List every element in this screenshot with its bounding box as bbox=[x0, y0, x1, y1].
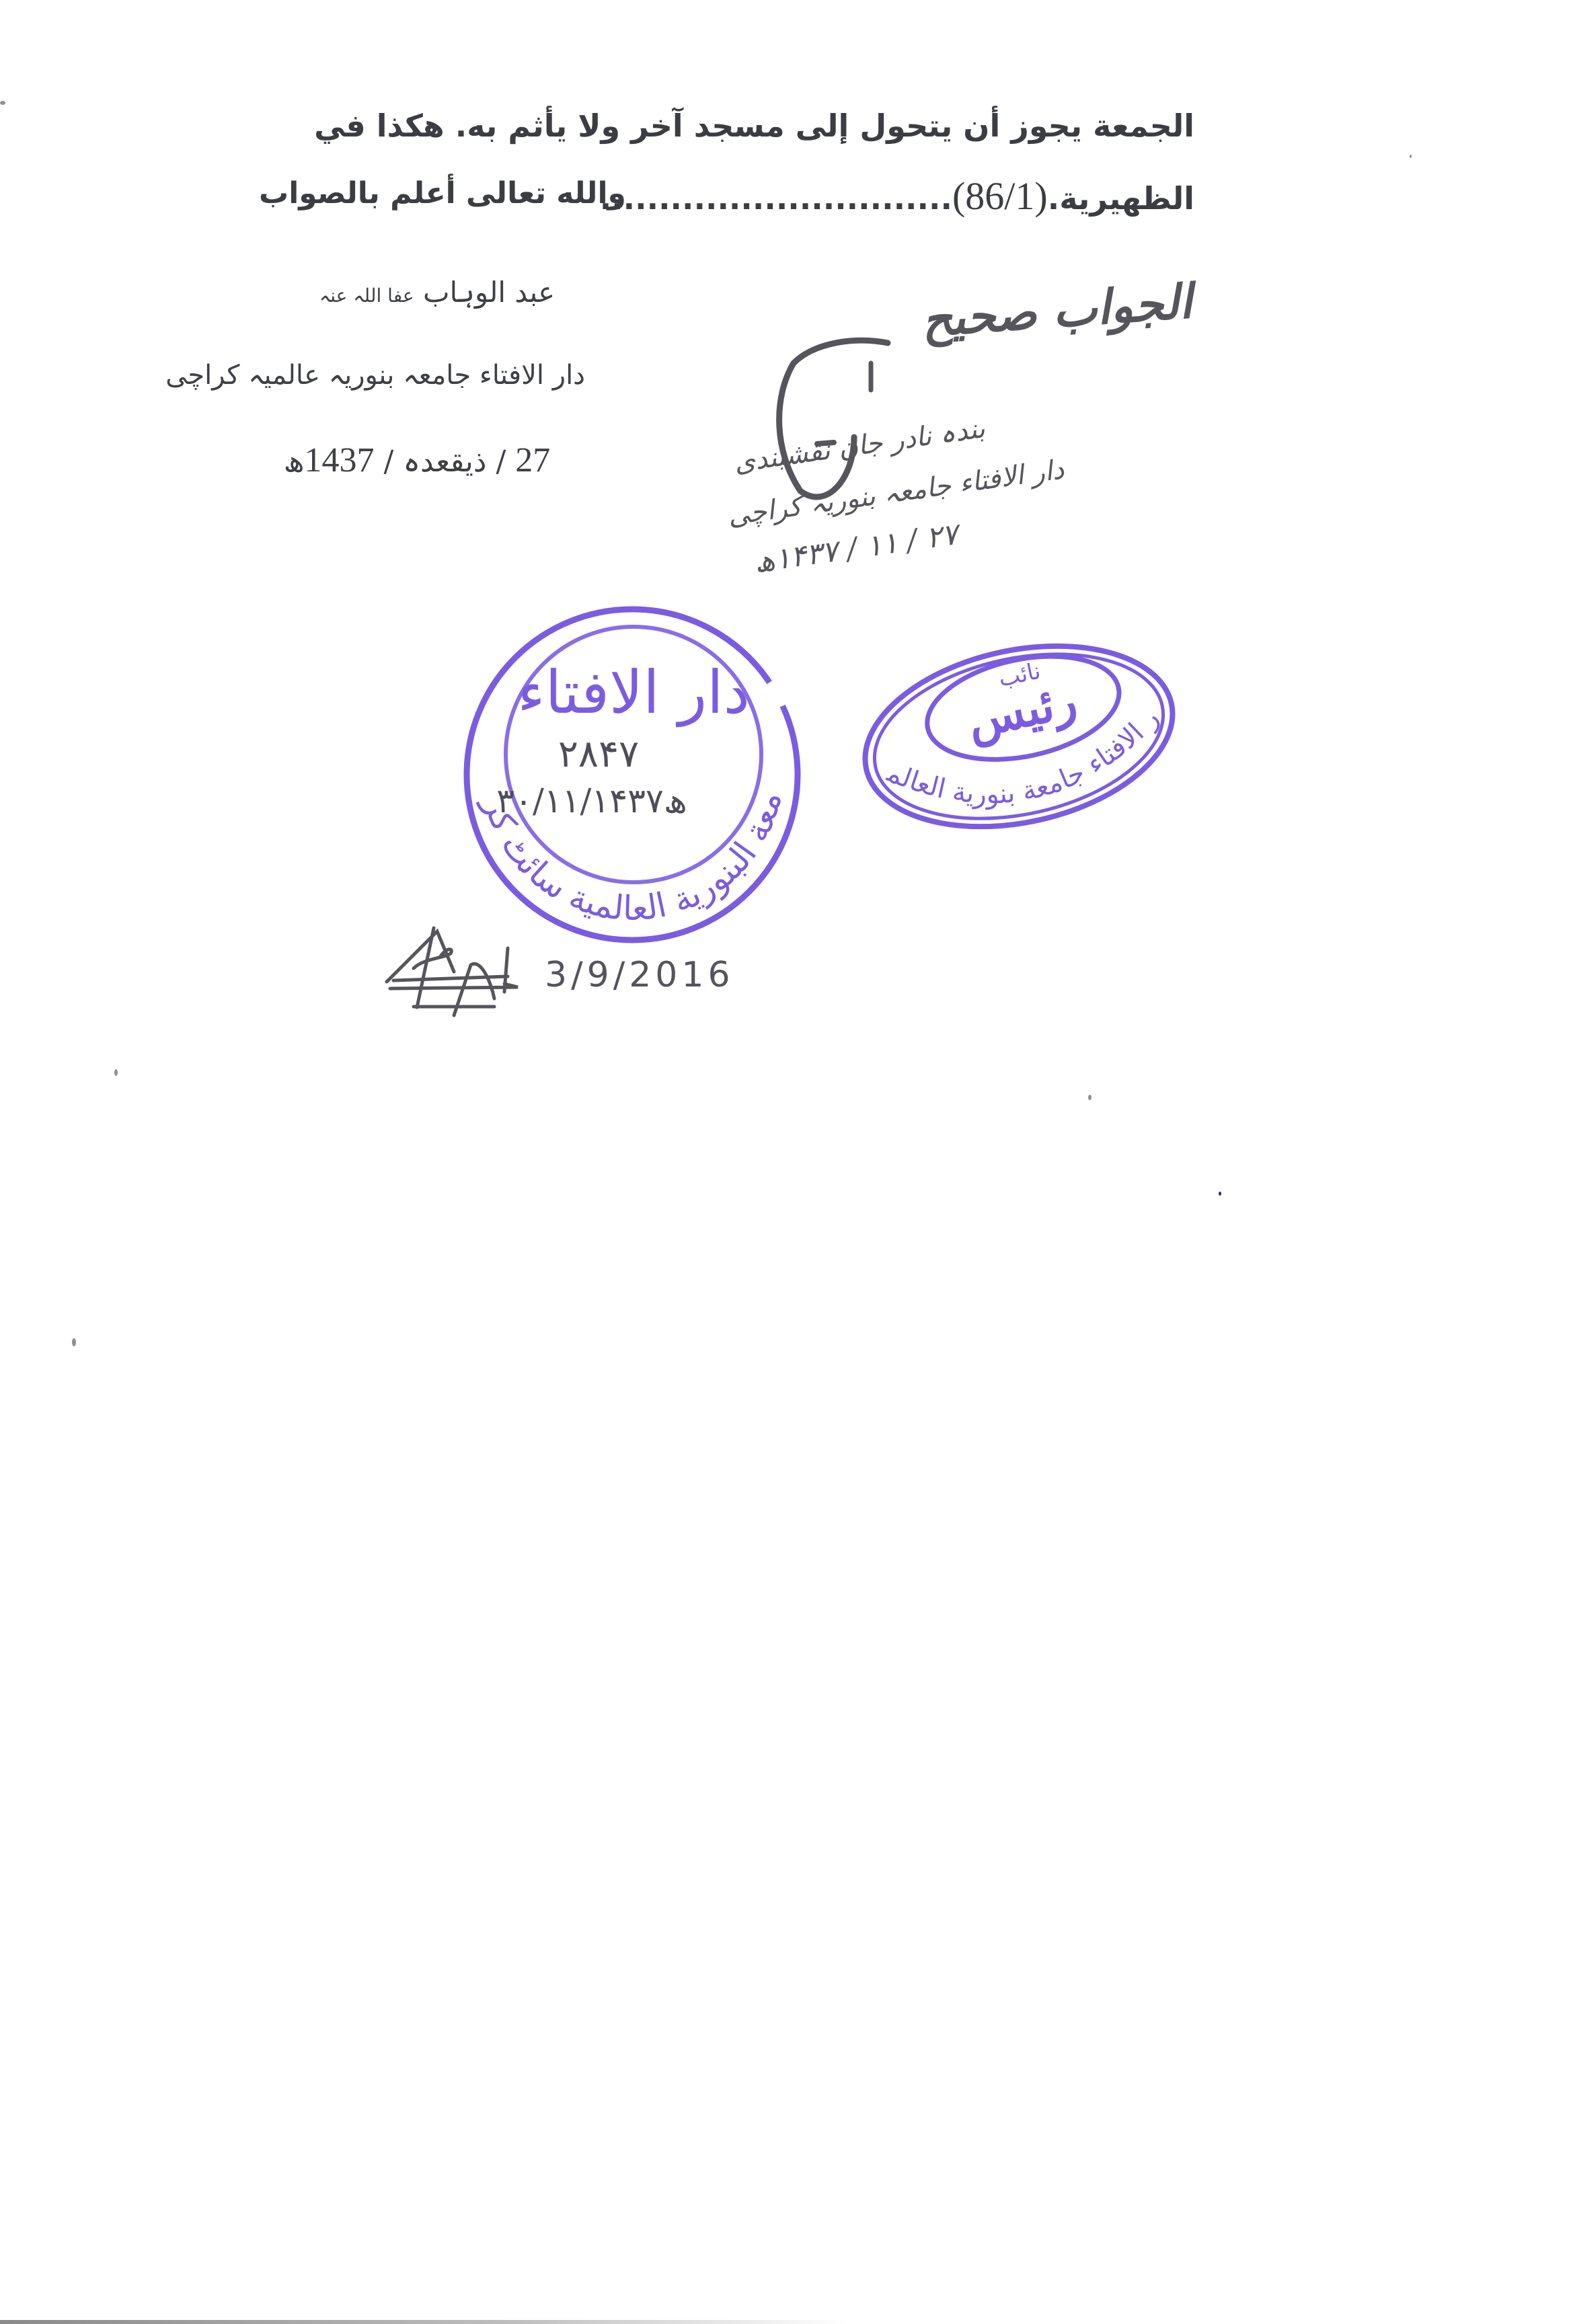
handwritten-approval: الجواب صحیح bbox=[920, 273, 1194, 348]
author-name: عبد الوہاب عفا اللہ عنہ bbox=[289, 276, 585, 309]
dotted-leader: .............................. bbox=[600, 180, 952, 217]
scan-speck bbox=[72, 1338, 76, 1346]
scan-speck bbox=[1219, 1192, 1221, 1196]
scan-bottom-edge bbox=[0, 2320, 847, 2324]
source-name: الظهيرية. bbox=[1048, 180, 1194, 217]
scan-speck bbox=[0, 101, 5, 105]
closing-formula: والله تعالى أعلم بالصواب bbox=[259, 176, 626, 210]
hijri-year: 1437 bbox=[304, 441, 374, 479]
oval-stamp-title: رئیس bbox=[962, 672, 1081, 750]
author-institution: دار الافتاء جامعہ بنوریہ عالمیہ کراچی bbox=[208, 360, 585, 391]
hijri-date: 27 / ذیقعدہ / 1437ھ bbox=[262, 440, 572, 480]
signature-date: 3/9/2016 bbox=[545, 955, 734, 995]
handwritten-hijri-date: ۲۷ / ۱۱ / ۱۴۳۷ھ bbox=[752, 517, 960, 580]
scanned-document-page: الجمعة يجوز أن يتحول إلى مسجد آخر ولا يأ… bbox=[0, 0, 1571, 2324]
author-name-suffix: عفا اللہ عنہ bbox=[319, 284, 414, 307]
round-stamp: دار الافتاء ۲۸۴۷ ۳۰/۱۱/۱۴۳۷ھ الجامعة الب… bbox=[457, 598, 807, 948]
round-stamp-title: دار الافتاء bbox=[517, 658, 750, 728]
date-separator: / bbox=[383, 444, 393, 479]
scan-speck bbox=[1410, 155, 1412, 158]
scan-speck bbox=[114, 1069, 118, 1076]
date-separator: / bbox=[496, 444, 506, 479]
hijri-month: ذیقعدہ bbox=[403, 444, 486, 479]
author-name-text: عبد الوہاب bbox=[423, 276, 555, 309]
hijri-suffix: ھ bbox=[284, 444, 305, 479]
fatwa-body-line-1: الجمعة يجوز أن يتحول إلى مسجد آخر ولا يأ… bbox=[314, 108, 1194, 144]
signature-mark bbox=[373, 921, 535, 1022]
fatwa-body-line-2: الظهيرية.(86/1).........................… bbox=[600, 173, 1194, 219]
scan-speck bbox=[1088, 1095, 1091, 1100]
round-stamp-date: ۳۰/۱۱/۱۴۳۷ھ bbox=[496, 781, 687, 820]
hijri-day: 27 bbox=[515, 441, 550, 479]
round-stamp-number: ۲۸۴۷ bbox=[558, 732, 639, 776]
source-reference: (86/1) bbox=[952, 174, 1048, 218]
oval-stamp: نائب رئیس دار الافتاء جامعة بنورية العال… bbox=[851, 635, 1187, 837]
